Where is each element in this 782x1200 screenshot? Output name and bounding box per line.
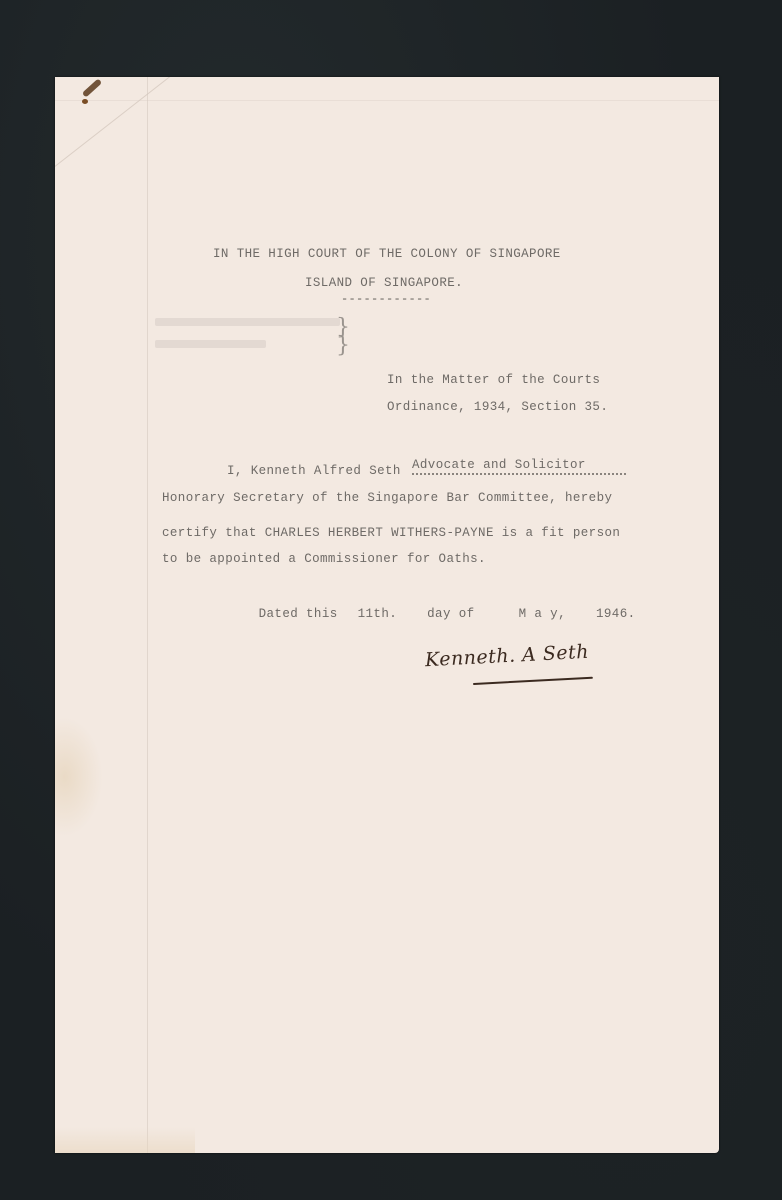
dated-month: M a y, (519, 608, 566, 621)
heading-separator: ------------ (341, 292, 431, 306)
fold-crease (55, 100, 719, 101)
certificate-line-4: to be appointed a Commissioner for Oaths… (162, 553, 486, 566)
court-heading: IN THE HIGH COURT OF THE COLONY OF SINGA… (213, 248, 561, 261)
dated-day: 11th. (358, 608, 398, 621)
matter-line-1: In the Matter of the Courts (387, 374, 600, 387)
certificate-line-3: certify that CHARLES HERBERT WITHERS-PAY… (162, 527, 620, 540)
paper-stain (55, 717, 103, 837)
certificate-filled-title: Advocate and Solicitor (412, 458, 626, 475)
paper-stain-bottom (55, 1127, 195, 1153)
margin-line (147, 77, 148, 1153)
signature-underline (473, 677, 593, 685)
document-page: IN THE HIGH COURT OF THE COLONY OF SINGA… (55, 77, 719, 1153)
location-heading: ISLAND OF SINGAPORE. (305, 277, 463, 290)
rust-mark (82, 78, 102, 97)
signature: Kenneth. A Seth (425, 641, 590, 672)
rust-dot (82, 99, 88, 104)
brace-icon: } (336, 335, 350, 357)
dated-year: 1946. (596, 608, 636, 621)
dated-day-of: day of (427, 608, 474, 621)
dated-prefix: Dated this (259, 608, 338, 621)
dated-line: Dated this11th.day ofM a y,1946. (227, 595, 636, 633)
matter-line-2: Ordinance, 1934, Section 35. (387, 401, 608, 414)
certificate-line-2: Honorary Secretary of the Singapore Bar … (162, 492, 612, 505)
certificate-intro: I, Kenneth Alfred Seth (227, 465, 409, 478)
erased-case-title (155, 318, 340, 358)
